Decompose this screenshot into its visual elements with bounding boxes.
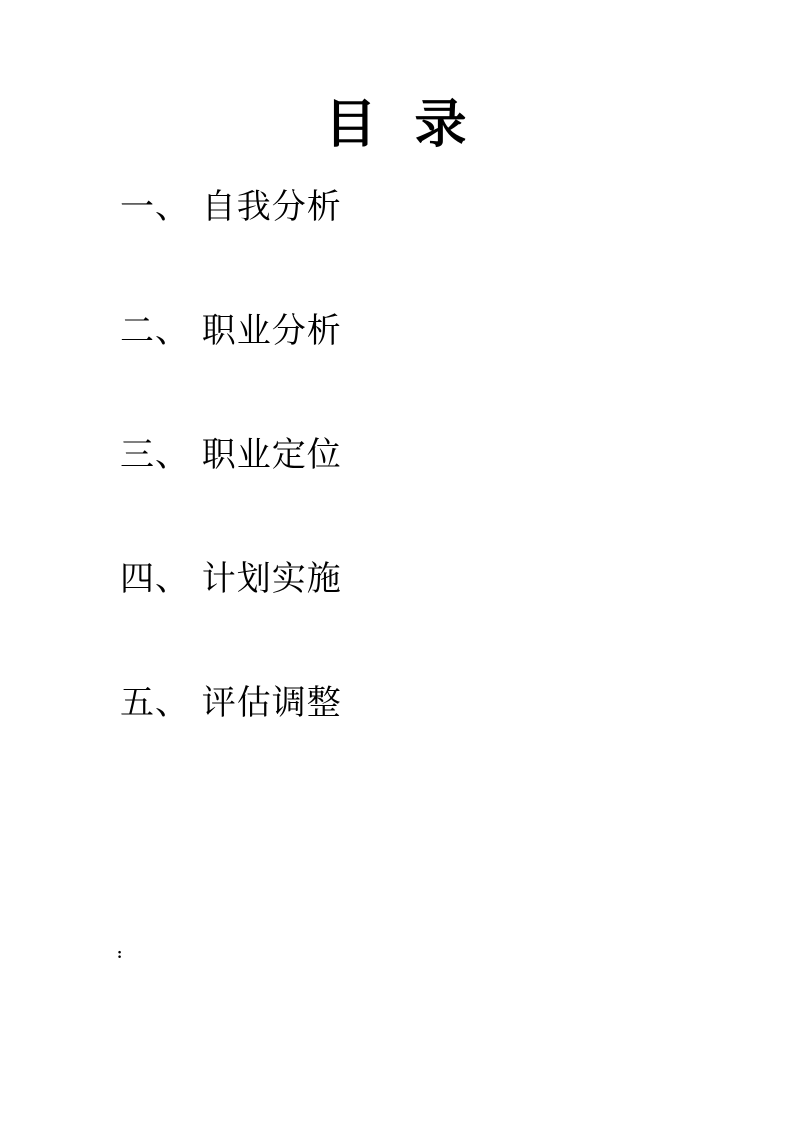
toc-item-evaluation-adjustment: 五、 评估调整 xyxy=(120,682,342,724)
document-page: 目 录 一、 自我分析 二、 职业分析 三、 职业定位 四、 计划实施 五、 评… xyxy=(0,0,793,1122)
page-title: 目 录 xyxy=(0,92,793,157)
toc-item-self-analysis: 一、 自我分析 xyxy=(120,186,342,228)
toc-item-career-analysis: 二、 职业分析 xyxy=(120,310,342,352)
toc-item-career-positioning: 三、 职业定位 xyxy=(120,434,342,476)
footer-mark: : xyxy=(117,946,122,963)
toc-item-plan-implementation: 四、 计划实施 xyxy=(120,558,342,600)
toc-list: 一、 自我分析 二、 职业分析 三、 职业定位 四、 计划实施 五、 评估调整 xyxy=(120,186,342,724)
